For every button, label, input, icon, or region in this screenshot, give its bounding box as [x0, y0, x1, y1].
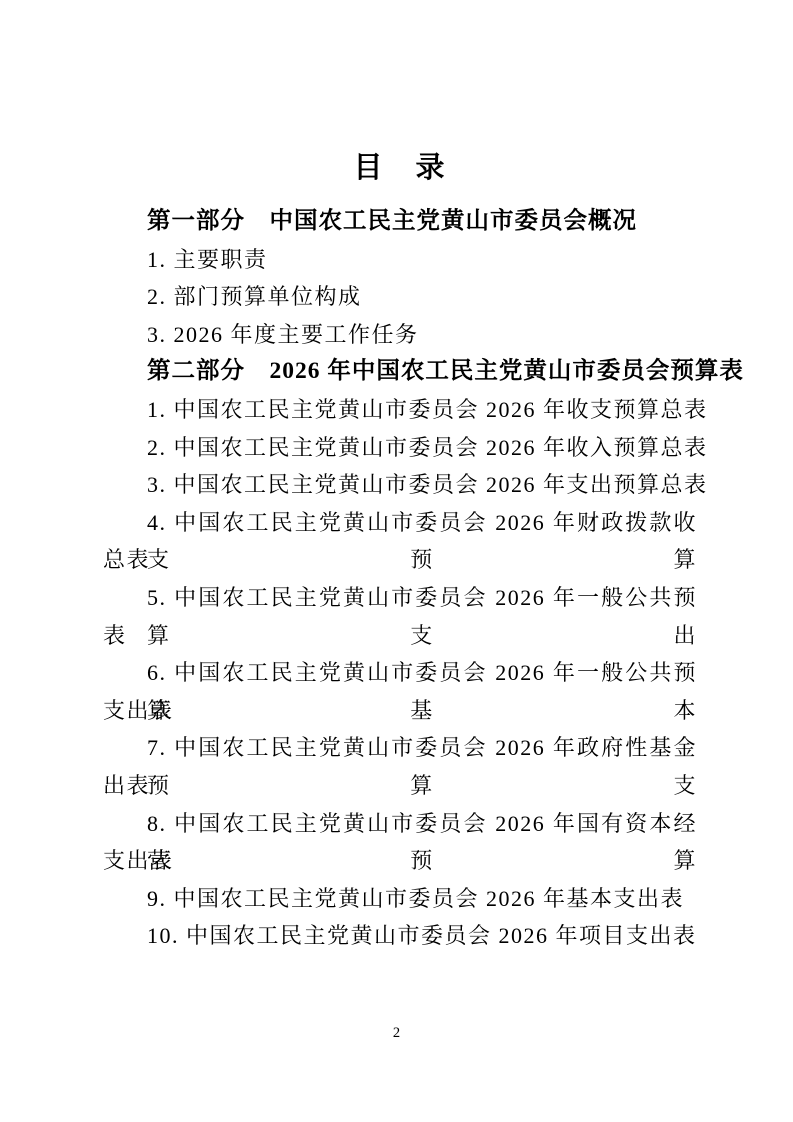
- toc-item: 1. 主要职责: [103, 241, 697, 279]
- toc-item: 1. 中国农工民主党黄山市委员会 2026 年收支预算总表: [103, 391, 697, 429]
- toc-item: 8. 中国农工民主党黄山市委员会 2026 年国有资本经营预算: [103, 805, 697, 843]
- toc-item: 6. 中国农工民主党黄山市委员会 2026 年一般公共预算基本: [103, 654, 697, 692]
- page-number: 2: [0, 1022, 793, 1044]
- toc-item: 4. 中国农工民主党黄山市委员会 2026 年财政拨款收支预算: [103, 504, 697, 542]
- toc-item: 3. 2026 年度主要工作任务: [103, 316, 697, 354]
- document-title: 目 录: [103, 148, 697, 188]
- table-of-contents: 第一部分 中国农工民主党黄山市委员会概况 1. 主要职责 2. 部门预算单位构成…: [103, 203, 697, 955]
- toc-item: 5. 中国农工民主党黄山市委员会 2026 年一般公共预算支出: [103, 579, 697, 617]
- toc-item: 9. 中国农工民主党黄山市委员会 2026 年基本支出表: [103, 880, 697, 918]
- toc-item: 3. 中国农工民主党黄山市委员会 2026 年支出预算总表: [103, 466, 697, 504]
- section-1-heading: 第一部分 中国农工民主党黄山市委员会概况: [103, 203, 697, 241]
- document-page: 目 录 第一部分 中国农工民主党黄山市委员会概况 1. 主要职责 2. 部门预算…: [0, 0, 793, 1122]
- section-2-heading: 第二部分 2026 年中国农工民主党黄山市委员会预算表: [103, 353, 697, 391]
- toc-item: 10. 中国农工民主党黄山市委员会 2026 年项目支出表: [103, 917, 697, 955]
- toc-item: 7. 中国农工民主党黄山市委员会 2026 年政府性基金预算支: [103, 729, 697, 767]
- toc-item: 2. 中国农工民主党黄山市委员会 2026 年收入预算总表: [103, 429, 697, 467]
- toc-item: 2. 部门预算单位构成: [103, 278, 697, 316]
